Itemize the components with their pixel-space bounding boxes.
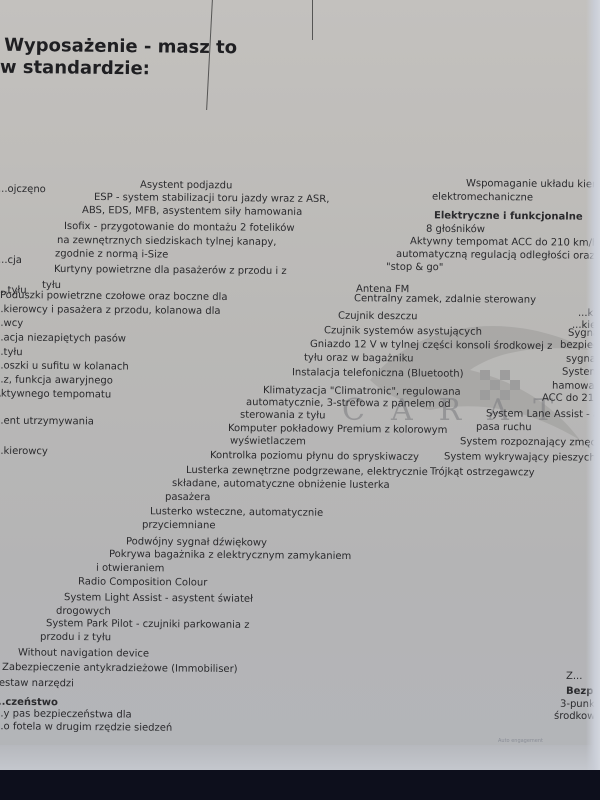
equipment-item: pasa ruchu [476, 422, 532, 434]
equipment-item: wyświetlaczem [230, 436, 306, 449]
equipment-item: Without navigation device [18, 647, 149, 660]
equipment-item: ...cja [0, 255, 22, 267]
equipment-item: System Light Assist - asystent świateł [64, 592, 253, 606]
equipment-item: i otwieraniem [96, 563, 164, 576]
equipment-item: Instalacja telefoniczna (Bluetooth) [292, 367, 464, 380]
equipment-item: Centralny zamek, zdalnie sterowany [354, 293, 536, 307]
brochure-page: Wyposażenie - masz to w standardzie: CAR… [0, 0, 600, 770]
equipment-item: Aktywny tempomat ACC do 210 km/h z [410, 236, 600, 250]
equipment-item: elektromechaniczne [432, 192, 533, 205]
title-line: Wyposażenie - masz to [4, 35, 237, 58]
equipment-item: automatyczną regulacją odległości oraz f… [396, 249, 600, 263]
equipment-item: Isofix - przygotowanie do montażu 2 fote… [64, 221, 295, 235]
equipment-item: 8 głośników [426, 224, 485, 237]
equipment-item: sterowania z tyłu [240, 410, 326, 423]
equipment-item: Lusterka zewnętrzne podgrzewane, elektry… [186, 465, 428, 479]
equipment-item: Elektryczne i funkcjonalne [434, 210, 583, 223]
equipment-item: ...ent utrzymywania [0, 416, 94, 429]
photo-credit: Auto engagement [498, 738, 543, 744]
equipment-item: przyciemniane [142, 520, 216, 533]
equipment-item: Lusterko wsteczne, automatycznie [150, 506, 323, 520]
page-edge [586, 0, 600, 770]
page-crease-line [312, 0, 313, 40]
equipment-item: System Lane Assist - asystent [486, 408, 600, 421]
equipment-item: Czujnik deszczu [338, 311, 418, 324]
equipment-item: Kurtyny powietrzne dla pasażerów z przod… [54, 264, 287, 278]
equipment-item: drogowych [56, 606, 111, 618]
equipment-item: Wspomaganie układu kierowniczego [466, 178, 600, 192]
equipment-item: ABS, EDS, MFB, asystentem siły hamowania [82, 205, 302, 219]
equipment-item: ...oszki u sufitu w kolanach [0, 360, 129, 373]
equipment-item: ...kierowcy [0, 446, 48, 458]
equipment-item: Trójkąt ostrzegawczy [430, 467, 535, 480]
equipment-item: ...czeństwo [0, 697, 58, 710]
page-title: Wyposażenie - masz to w standardzie: [0, 35, 237, 80]
equipment-item: Aktywnego tempomatu [0, 388, 111, 401]
dark-background-strip [0, 770, 600, 800]
equipment-item: tyłu oraz w bagażniku [304, 353, 414, 366]
equipment-item: Czujnik systemów asystujących [324, 325, 482, 338]
equipment-item: zgodnie z normą i-Size [55, 249, 168, 262]
equipment-item: ...o fotela w drugim rzędzie siedzeń [0, 721, 172, 735]
equipment-item: System wykrywający pieszych [444, 451, 596, 464]
equipment-item: ESP - system stabilizacji toru jazdy wra… [94, 192, 330, 206]
equipment-item: ...wcy [0, 318, 23, 330]
equipment-item: System Park Pilot - czujniki parkowania … [46, 618, 250, 632]
page-fold [0, 745, 600, 770]
equipment-item: ...y pas bezpieczeństwa dla [0, 708, 132, 721]
equipment-item: składane, automatyczne obniżenie lusterk… [172, 478, 390, 492]
equipment-item: automatycznie, 3-strefowa z panelem od [246, 397, 451, 411]
equipment-item: Pokrywa bagażnika z elektrycznym zamykan… [109, 549, 351, 563]
equipment-item: Zabezpieczenie antykradzieżowe (Immobili… [2, 662, 238, 676]
title-line: w standardzie: [0, 57, 237, 80]
equipment-item: Podwójny sygnał dźwiękowy [126, 536, 267, 549]
equipment-item: Poduszki powietrzne czołowe oraz boczne … [0, 290, 228, 304]
equipment-item: pasażera [165, 492, 211, 504]
equipment-item: Kontrolka poziomu płynu do spryskiwaczy [210, 450, 419, 464]
equipment-item: Zestaw narzędzi [0, 678, 74, 691]
equipment-item: Z... [566, 671, 582, 683]
equipment-item: Radio Composition Colour [78, 576, 207, 589]
equipment-item: Asystent podjazdu [140, 180, 232, 193]
equipment-item: ...ojczęno [0, 184, 46, 196]
equipment-item: na zewnętrznych siedziskach tylnej kanap… [57, 235, 277, 249]
equipment-item: Komputer pokładowy Premium z kolorowym [228, 423, 447, 437]
equipment-item: ...z, funkcja awaryjnego [0, 374, 113, 387]
equipment-item: "stop & go" [386, 262, 444, 275]
equipment-item: Gniazdo 12 V w tylnej części konsoli śro… [310, 339, 553, 353]
equipment-item: ...tyłu [0, 347, 23, 359]
equipment-item: przodu i z tyłu [40, 632, 111, 645]
equipment-item: System rozpoznający zmęczenie [460, 436, 600, 449]
equipment-item: ...acja niezapiętych pasów [0, 332, 126, 345]
equipment-item: ...kierowcy i pasażera z przodu, kolanow… [0, 304, 221, 318]
